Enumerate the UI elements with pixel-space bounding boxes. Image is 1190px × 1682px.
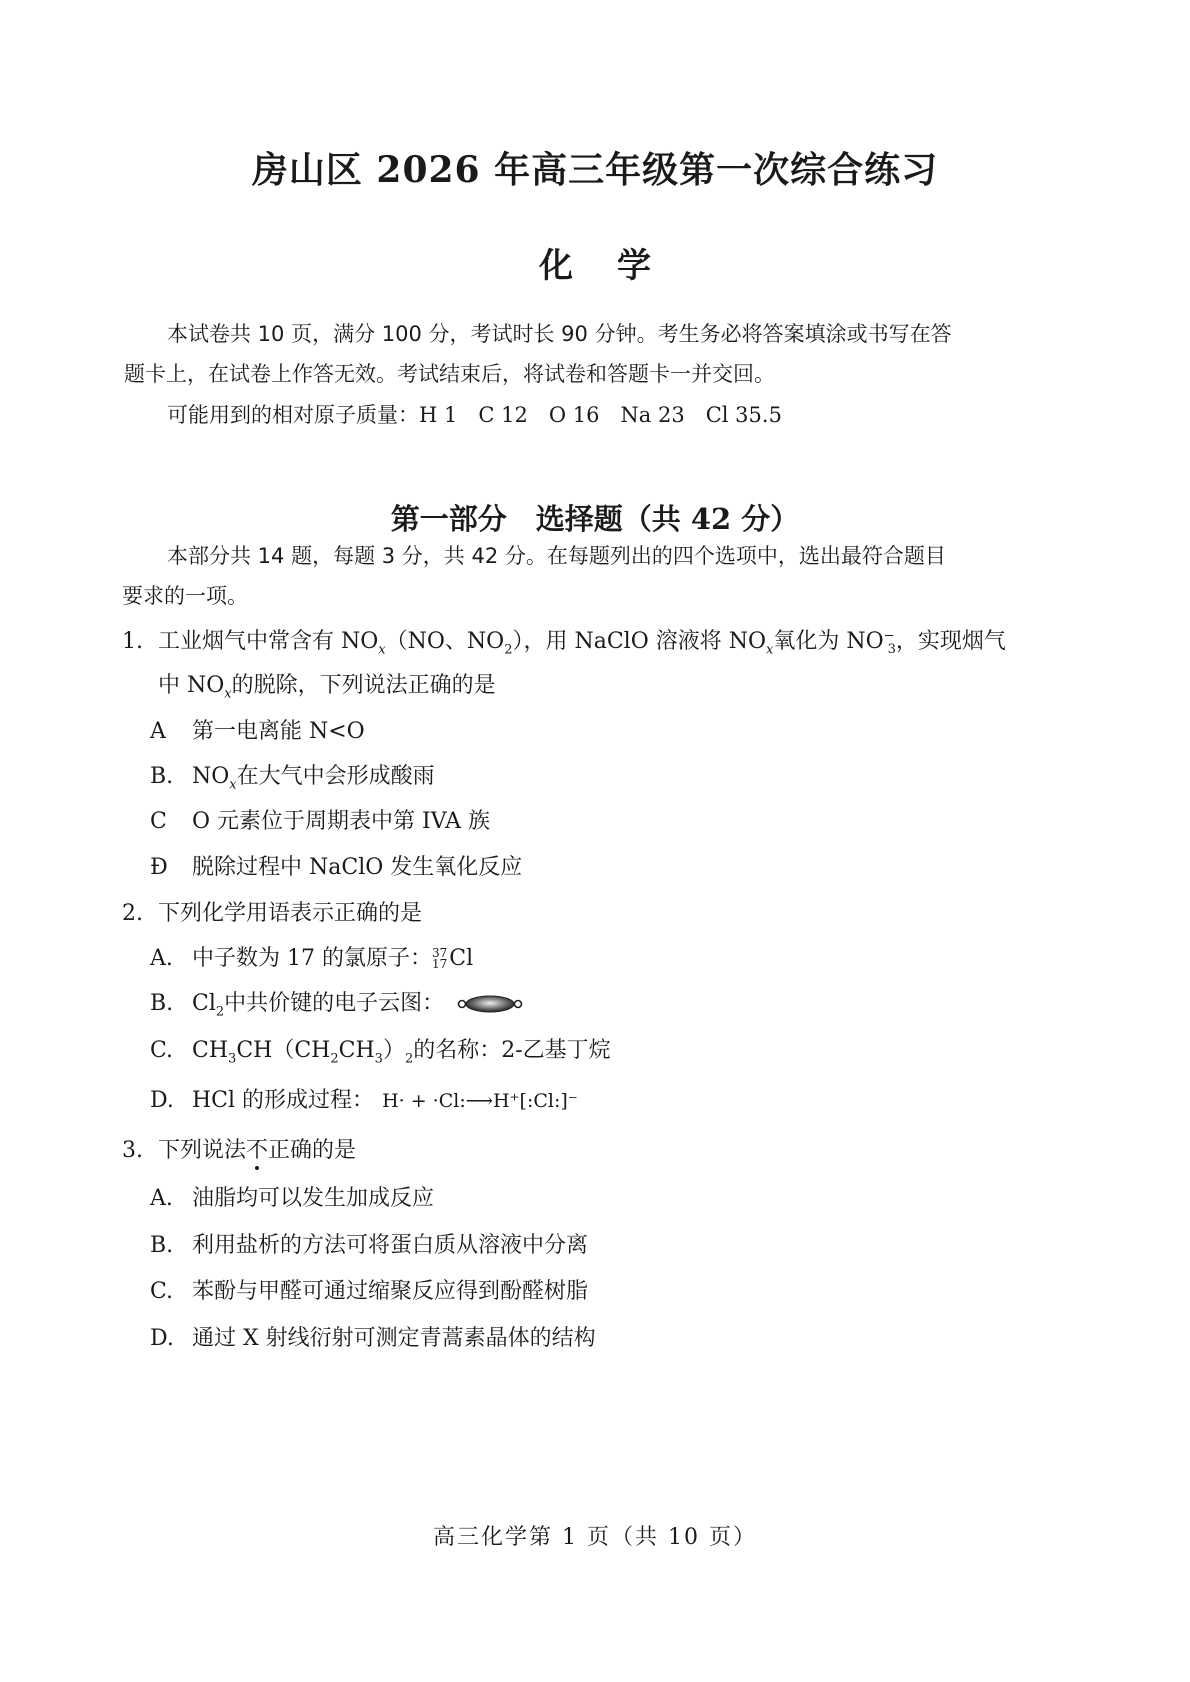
q3-option-d[interactable]: D.通过 X 射线衍射可测定青蒿素晶体的结构 [150, 1321, 596, 1352]
q2-option-d[interactable]: D.HCl 的形成过程：H· + ·Cl:⟶H⁺[:Cl:]⁻ [150, 1083, 578, 1114]
page-footer: 高三化学第 1 页（共 10 页） [0, 1520, 1190, 1551]
hcl-formation-formula: H· + ·Cl:⟶H⁺[:Cl:]⁻ [382, 1090, 578, 1112]
question-1-stem-line-1: 1.工业烟气中常含有 NOx（NO、NO2），用 NaClO 溶液将 NOx氧化… [122, 624, 1006, 657]
electron-cloud-icon [457, 993, 523, 1015]
q2-option-b[interactable]: B.Cl2中共价键的电子云图： [150, 986, 523, 1019]
q2-option-a[interactable]: A.中子数为 17 的氯原子：3717Cl [150, 941, 473, 972]
q1-option-b[interactable]: B.NOx在大气中会形成酸雨 [150, 759, 435, 792]
question-3-stem: 3.下列说法不正确的是 [122, 1133, 356, 1164]
q3-option-a[interactable]: A.油脂均可以发生加成反应 [150, 1181, 434, 1212]
part1-heading: 第一部分 选择题（共 42 分） [0, 497, 1190, 538]
q1-option-c[interactable]: CO 元素位于周期表中第 IVA 族 [150, 804, 490, 835]
subject-char: 学 [617, 246, 651, 286]
q1-option-a[interactable]: A第一电离能 N<O [150, 714, 365, 745]
q1-option-d[interactable]: Đ脱除过程中 NaClO 发生氧化反应 [150, 850, 522, 881]
question-2-stem: 2.下列化学用语表示正确的是 [122, 896, 422, 927]
part1-desc-line-1: 本部分共 14 题，每题 3 分，共 42 分。在每题列出的四个选项中，选出最符… [167, 540, 946, 570]
isotope-notation: 3717 [432, 948, 447, 970]
q3-option-c[interactable]: C.苯酚与甲醛可通过缩聚反应得到酚醛树脂 [150, 1274, 588, 1305]
q2-option-c[interactable]: C.CH3CH（CH2CH3）2的名称：2-乙基丁烷 [150, 1033, 611, 1066]
question-1-stem-line-2: 中 NOx的脱除，下列说法正确的是 [158, 668, 496, 701]
atomic-mass-line: 可能用到的相对原子质量：H 1 C 12 O 16 Na 23 Cl 35.5 [167, 399, 782, 429]
emphasis-mark: 不 [246, 1138, 268, 1163]
subject-char: 化 [539, 246, 573, 286]
q3-option-b[interactable]: B.利用盐析的方法可将蛋白质从溶液中分离 [150, 1228, 588, 1259]
subject-title: 化学 [0, 238, 1190, 287]
exam-title: 房山区 2026 年高三年级第一次综合练习 [0, 142, 1190, 193]
instructions-line-2: 题卡上，在试卷上作答无效。考试结束后，将试卷和答题卡一并交回。 [124, 358, 775, 388]
part1-desc-line-2: 要求的一项。 [122, 580, 248, 610]
instructions-line-1: 本试卷共 10 页，满分 100 分，考试时长 90 分钟。考生务必将答案填涂或… [167, 318, 952, 348]
